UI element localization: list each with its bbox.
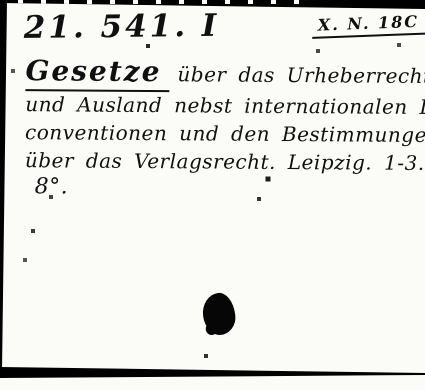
title-keyword: Gesetze — [25, 54, 169, 92]
body-line-format: 8°. — [35, 174, 69, 199]
call-number: 21. 541. I — [24, 8, 220, 46]
shelfmark-top-right: X. N. 18C — [311, 11, 425, 38]
title-continuation: über das Urheberrecht im In- — [177, 62, 425, 88]
title-line: Gesetzeüber das Urheberrecht im In- — [25, 54, 425, 90]
body-line-2: conventionen und den Bestimmungen — [25, 120, 425, 147]
body-line-1: und Ausland nebst internationalen Litter… — [25, 92, 425, 119]
scanned-catalog-card: 21. 541. I X. N. 18C Gesetzeüber das Urh… — [0, 0, 425, 390]
body-line-3: über das Verlagsrecht. Leipzig. 1-3. Hft — [25, 148, 425, 175]
